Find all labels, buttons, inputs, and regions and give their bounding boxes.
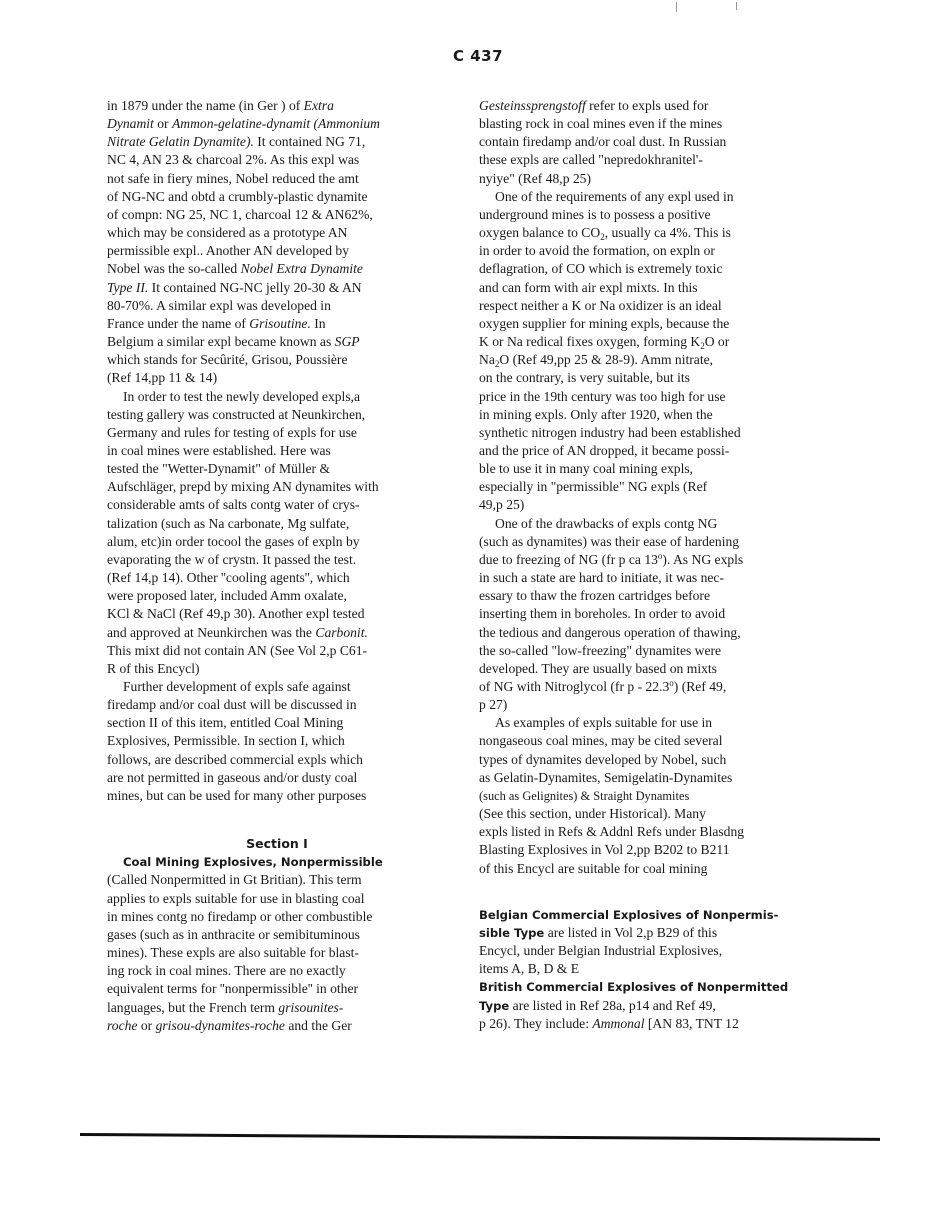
text-line: types of dynamites developed by Nobel, s…: [479, 751, 819, 769]
text-line: price in the 19th century was too high f…: [479, 388, 819, 406]
text-line: due to freezing of NG (fr p ca 13o). As …: [479, 551, 819, 569]
page-number: C 437: [453, 47, 503, 65]
text-line: (Ref 14,pp 11 & 14): [107, 369, 437, 387]
text-line: which stands for Secûrité, Grisou, Pouss…: [107, 351, 437, 369]
spacer: [479, 878, 819, 906]
text-line: which may be considered as a prototype A…: [107, 224, 437, 242]
text-line: of NG with Nitroglycol (fr p - 22.3o) (R…: [479, 678, 819, 696]
text-line: p 27): [479, 696, 819, 714]
footer-rule: [80, 1133, 880, 1141]
text-line: British Commercial Explosives of Nonperm…: [479, 978, 819, 996]
text-line: synthetic nitrogen industry had been est…: [479, 424, 819, 442]
section-paragraph: (Called Nonpermitted in Gt Britian). Thi…: [107, 871, 437, 1034]
text-line: applies to expls suitable for use in bla…: [107, 890, 437, 908]
text-line: developed. They are usually based on mix…: [479, 660, 819, 678]
text-line: permissible expl.. Another AN developed …: [107, 242, 437, 260]
text-line: (Called Nonpermitted in Gt Britian). Thi…: [107, 871, 437, 889]
text-line: ble to use it in many coal mining expls,: [479, 460, 819, 478]
text-line: inserting them in boreholes. In order to…: [479, 605, 819, 623]
text-line: testing gallery was constructed at Neunk…: [107, 406, 437, 424]
text-line: underground mines is to possess a positi…: [479, 206, 819, 224]
text-line: not safe in fiery mines, Nobel reduced t…: [107, 170, 437, 188]
text-line: NC 4, AN 23 & charcoal 2%. As this expl …: [107, 151, 437, 169]
text-line: gases (such as in anthracite or semibitu…: [107, 926, 437, 944]
text-line: Nitrate Gelatin Dynamite). It contained …: [107, 133, 437, 151]
text-line: nyiye" (Ref 48,p 25): [479, 170, 819, 188]
right-column: Gesteinssprengstoff refer to expls used …: [479, 97, 819, 1033]
text-line: in such a state are hard to initiate, it…: [479, 569, 819, 587]
left-column: in 1879 under the name (in Ger ) of Extr…: [107, 97, 437, 1035]
text-line: expls listed in Refs & Addnl Refs under …: [479, 823, 819, 841]
text-line: contain firedamp and/or coal dust. In Ru…: [479, 133, 819, 151]
text-line: roche or grisou-dynamites-roche and the …: [107, 1017, 437, 1035]
text-line: in order to avoid the formation, on expl…: [479, 242, 819, 260]
section-title: Section I: [107, 835, 437, 853]
text-line: in mining expls. Only after 1920, when t…: [479, 406, 819, 424]
text-line: languages, but the French term grisounit…: [107, 999, 437, 1017]
text-line: One of the drawbacks of expls contg NG: [479, 515, 819, 533]
right-paragraph: One of the drawbacks of expls contg NG(s…: [479, 515, 819, 715]
scan-mark: [676, 2, 677, 12]
text-line: considerable amts of salts contg water o…: [107, 496, 437, 514]
text-line: and approved at Neunkirchen was the Carb…: [107, 624, 437, 642]
text-line: Type are listed in Ref 28a, p14 and Ref …: [479, 997, 819, 1015]
text-line: talization (such as Na carbonate, Mg sul…: [107, 515, 437, 533]
text-line: oxygen supplier for mining expls, becaus…: [479, 315, 819, 333]
text-line: Belgian Commercial Explosives of Nonperm…: [479, 906, 819, 924]
text-line: (Ref 14,p 14). Other ''cooling agents'',…: [107, 569, 437, 587]
text-line: section II of this item, entitled Coal M…: [107, 714, 437, 732]
text-line: Germany and rules for testing of expls f…: [107, 424, 437, 442]
text-line: mines). These expls are also suitable fo…: [107, 944, 437, 962]
right-paragraph: Gesteinssprengstoff refer to expls used …: [479, 97, 819, 188]
text-line: deflagration, of CO which is extremely t…: [479, 260, 819, 278]
text-line: p 26). They include: Ammonal [AN 83, TNT…: [479, 1015, 819, 1033]
text-line: (See this section, under Historical). Ma…: [479, 805, 819, 823]
text-line: these expls are called "nepredokhranitel…: [479, 151, 819, 169]
text-line: on the contrary, is very suitable, but i…: [479, 369, 819, 387]
text-line: of compn: NG 25, NC 1, charcoal 12 & AN6…: [107, 206, 437, 224]
text-line: as Gelatin-Dynamites, Semigelatin-Dynami…: [479, 769, 819, 787]
text-line: ing rock in coal mines. There are no exa…: [107, 962, 437, 980]
text-line: 49,p 25): [479, 496, 819, 514]
text-line: respect neither a K or Na oxidizer is an…: [479, 297, 819, 315]
text-line: One of the requirements of any expl used…: [479, 188, 819, 206]
text-line: (such as Gelignites) & Straight Dynamite…: [479, 787, 819, 805]
text-line: Dynamit or Ammon-gelatine-dynamit (Ammon…: [107, 115, 437, 133]
text-line: Aufschläger, prepd by mixing AN dynamite…: [107, 478, 437, 496]
text-line: firedamp and/or coal dust will be discus…: [107, 696, 437, 714]
text-line: Encycl, under Belgian Industrial Explosi…: [479, 942, 819, 960]
text-line: blasting rock in coal mines even if the …: [479, 115, 819, 133]
british-explosives-paragraph: British Commercial Explosives of Nonperm…: [479, 978, 819, 1032]
text-line: In order to test the newly developed exp…: [107, 388, 437, 406]
text-line: R of this Encycl): [107, 660, 437, 678]
right-paragraph: One of the requirements of any expl used…: [479, 188, 819, 515]
text-line: equivalent terms for ''nonpermissible'' …: [107, 980, 437, 998]
text-line: oxygen balance to CO2, usually ca 4%. Th…: [479, 224, 819, 242]
text-line: sible Type are listed in Vol 2,p B29 of …: [479, 924, 819, 942]
left-paragraph: Further development of expls safe agains…: [107, 678, 437, 805]
left-paragraph: In order to test the newly developed exp…: [107, 388, 437, 679]
text-line: were proposed later, included Amm oxalat…: [107, 587, 437, 605]
text-line: tested the "Wetter-Dynamit" of Müller &: [107, 460, 437, 478]
text-line: in 1879 under the name (in Ger ) of Extr…: [107, 97, 437, 115]
text-line: Gesteinssprengstoff refer to expls used …: [479, 97, 819, 115]
text-line: in mines contg no firedamp or other comb…: [107, 908, 437, 926]
text-line: Explosives, Permissible. In section I, w…: [107, 732, 437, 750]
right-paragraph: As examples of expls suitable for use in…: [479, 714, 819, 877]
text-line: items A, B, D & E: [479, 960, 819, 978]
text-line: nongaseous coal mines, may be cited seve…: [479, 732, 819, 750]
text-line: are not permitted in gaseous and/or dust…: [107, 769, 437, 787]
text-line: and the price of AN dropped, it became p…: [479, 442, 819, 460]
text-line: the tedious and dangerous operation of t…: [479, 624, 819, 642]
text-line: Further development of expls safe agains…: [107, 678, 437, 696]
text-line: (such as dynamites) was their ease of ha…: [479, 533, 819, 551]
text-line: 80-70%. A similar expl was developed in: [107, 297, 437, 315]
text-line: Belgium a similar expl became known as S…: [107, 333, 437, 351]
text-line: of NG-NC and obtd a crumbly-plastic dyna…: [107, 188, 437, 206]
text-line: France under the name of Grisoutine. In: [107, 315, 437, 333]
text-line: follows, are described commercial expls …: [107, 751, 437, 769]
text-line: alum, etc)in order tocool the gases of e…: [107, 533, 437, 551]
text-line: and can form with air expl mixts. In thi…: [479, 279, 819, 297]
section-subtitle: Coal Mining Explosives, Nonpermissible: [107, 853, 437, 871]
text-line: the so-called "low-freezing" dynamites w…: [479, 642, 819, 660]
text-line: mines, but can be used for many other pu…: [107, 787, 437, 805]
left-paragraph: in 1879 under the name (in Ger ) of Extr…: [107, 97, 437, 388]
belgian-explosives-paragraph: Belgian Commercial Explosives of Nonperm…: [479, 906, 819, 979]
text-line: Nobel was the so-called Nobel Extra Dyna…: [107, 260, 437, 278]
text-line: This mixt did not contain AN (See Vol 2,…: [107, 642, 437, 660]
text-line: KCl & NaCl (Ref 49,p 30). Another expl t…: [107, 605, 437, 623]
text-line: As examples of expls suitable for use in: [479, 714, 819, 732]
text-line: especially in "permissible" NG expls (Re…: [479, 478, 819, 496]
text-line: in coal mines were established. Here was: [107, 442, 437, 460]
page-header: C 437: [0, 47, 948, 66]
text-line: Na2O (Ref 49,pp 25 & 28-9). Amm nitrate,: [479, 351, 819, 369]
text-line: Blasting Explosives in Vol 2,pp B202 to …: [479, 841, 819, 859]
scan-mark: [736, 2, 737, 10]
text-line: evaporating the w of crystn. It passed t…: [107, 551, 437, 569]
text-line: of this Encycl are suitable for coal min…: [479, 860, 819, 878]
text-line: essary to thaw the frozen cartridges bef…: [479, 587, 819, 605]
text-line: K or Na redical fixes oxygen, forming K2…: [479, 333, 819, 351]
text-line: Type II. It contained NG-NC jelly 20-30 …: [107, 279, 437, 297]
